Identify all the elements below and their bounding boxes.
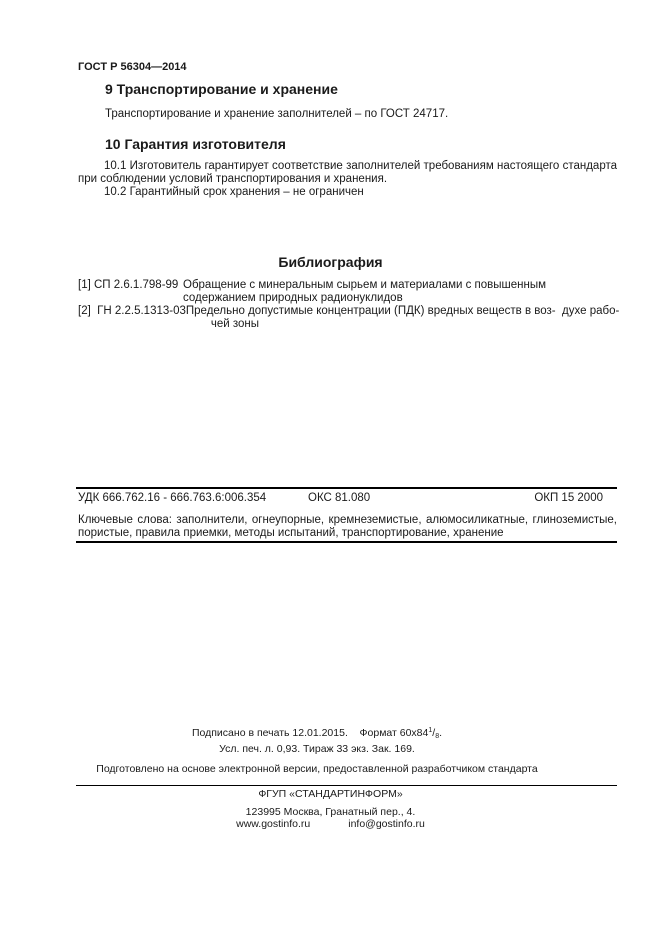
bibliography-text: Предельно допустимые концентрации (ПДК) … [186,305,638,331]
keywords-paragraph: Ключевые слова: заполнители, огнеупорные… [78,514,617,540]
clause-10-1: 10.1 Изготовитель гарантирует соответств… [78,160,617,186]
bibliography-text: Обращение с минеральным сырьем и материа… [183,279,638,305]
section-9-title: 9 Транспортирование и хранение [105,81,338,97]
bibliography-text-line: Предельно допустимые концентрации (ПДК) … [186,305,638,318]
imprint-line-1-period: . [439,727,442,739]
classification-codes-row: УДК 666.762.16 - 666.763.6:006.354 ОКС 8… [78,492,617,505]
bibliography-entry: [2] ГН 2.2.5.1313-03 Предельно допустимы… [78,305,638,331]
clause-10-2: 10.2 Гарантийный срок хранения – не огра… [78,186,617,199]
publisher-email: info@gostinfo.ru [348,818,425,831]
bibliography-list: [1] СП 2.6.1.798-99 Обращение с минераль… [78,279,638,331]
bibliography-entry: [1] СП 2.6.1.798-99 Обращение с минераль… [78,279,638,305]
bibliography-ref: [1] СП 2.6.1.798-99 [78,279,183,292]
prepared-note: Подготовлено на основе электронной верси… [0,763,634,776]
imprint-signed-format: Подписано в печать 12.01.2015. Формат 60… [192,727,428,739]
publisher-contacts: www.gostinfo.ru info@gostinfo.ru [0,818,661,831]
section-10-body: 10.1 Изготовитель гарантирует соответств… [78,160,617,199]
divider-keywords-bottom [76,541,617,543]
divider-footer [76,785,617,786]
imprint-line-2: Усл. печ. л. 0,93. Тираж 33 экз. Зак. 16… [0,743,634,756]
divider-codes-top [76,487,617,489]
bibliography-text-line: Обращение с минеральным сырьем и материа… [183,279,638,292]
bibliography-text-line: содержанием природных радионуклидов [183,292,638,305]
section-10-title: 10 Гарантия изготовителя [105,136,286,152]
publisher-website: www.gostinfo.ru [236,818,310,831]
udk-code: УДК 666.762.16 - 666.763.6:006.354 [78,492,266,505]
imprint-line-1: Подписано в печать 12.01.2015. Формат 60… [0,724,634,743]
document-page: ГОСТ Р 56304—2014 9 Транспортирование и … [0,0,661,936]
bibliography-title: Библиография [0,254,661,270]
print-imprint-block: Подписано в печать 12.01.2015. Формат 60… [0,724,634,756]
doc-number-header: ГОСТ Р 56304—2014 [78,61,187,73]
publisher-name: ФГУП «СТАНДАРТИНФОРМ» [0,788,661,801]
okp-code: ОКП 15 2000 [534,492,603,505]
bibliography-text-line: чей зоны [186,318,638,331]
oks-code: ОКС 81.080 [308,492,370,505]
bibliography-ref: [2] ГН 2.2.5.1313-03 [78,305,186,318]
section-9-body: Транспортирование и хранение заполнителе… [105,108,448,121]
